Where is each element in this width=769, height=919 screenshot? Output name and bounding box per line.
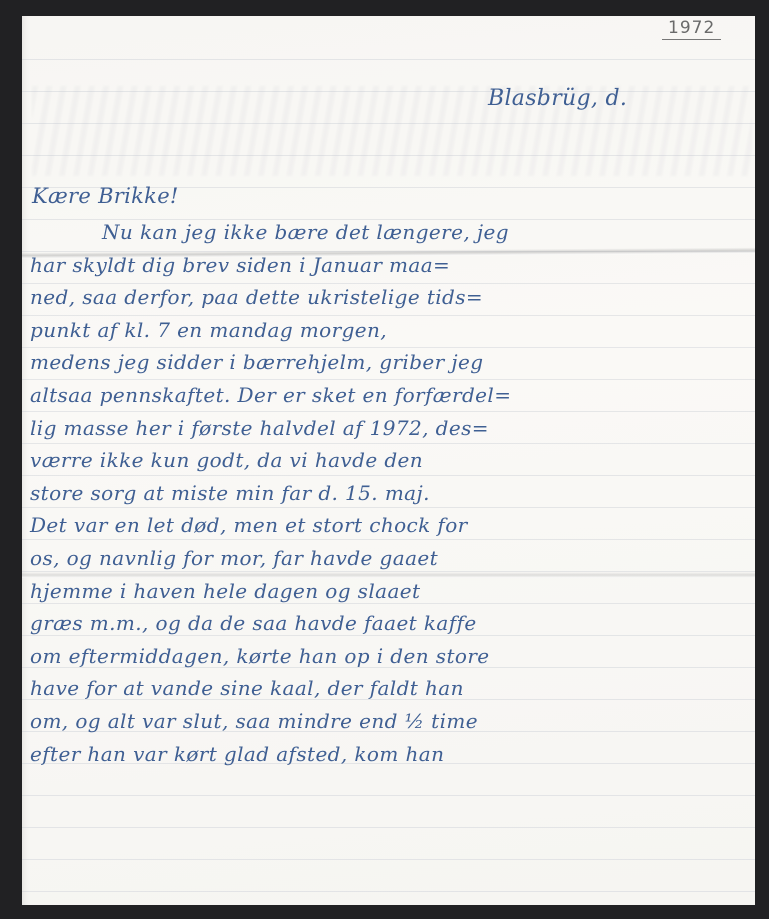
salutation: Kære Brikke!	[32, 184, 179, 208]
letter-line: hjemme i haven hele dagen og slaaet	[30, 575, 750, 608]
reverse-side-show-through	[32, 86, 752, 176]
document-viewer: 1972 Blasbrüg, d. Kære Brikke! Nu kan je…	[0, 0, 769, 919]
letter-line: medens jeg sidder i bærrehjelm, griber j…	[30, 346, 750, 379]
letter-line: Nu kan jeg ikke bære det længere, jeg	[30, 216, 750, 249]
letter-line: ned, saa derfor, paa dette ukristelige t…	[30, 281, 750, 314]
place-date-heading: Blasbrüg, d.	[488, 86, 627, 111]
letter-line: om eftermiddagen, kørte han op i den sto…	[30, 640, 750, 673]
letter-line: lig masse her i første halvdel af 1972, …	[30, 412, 750, 445]
letter-line: have for at vande sine kaal, der faldt h…	[30, 672, 750, 705]
letter-line: har skyldt dig brev siden i Januar maa=	[30, 249, 750, 282]
letter-line: værre ikke kun godt, da vi havde den	[30, 444, 750, 477]
letter-line: græs m.m., og da de saa havde faaet kaff…	[30, 607, 750, 640]
letter-line: efter han var kørt glad afsted, kom han	[30, 738, 750, 771]
letter-line: altsaa pennskaftet. Der er sket en forfæ…	[30, 379, 750, 412]
letter-line: om, og alt var slut, saa mindre end ½ ti…	[30, 705, 750, 738]
letter-line: punkt af kl. 7 en mandag morgen,	[30, 314, 750, 347]
letter-page: 1972 Blasbrüg, d. Kære Brikke! Nu kan je…	[22, 16, 755, 905]
letter-line: Det var en let død, men et stort chock f…	[30, 509, 750, 542]
letter-line: os, og navnlig for mor, far havde gaaet	[30, 542, 750, 575]
year-annotation: 1972	[662, 18, 721, 40]
letter-line: store sorg at miste min far d. 15. maj.	[30, 477, 750, 510]
letter-body: Nu kan jeg ikke bære det længere, jeg ha…	[30, 216, 750, 770]
